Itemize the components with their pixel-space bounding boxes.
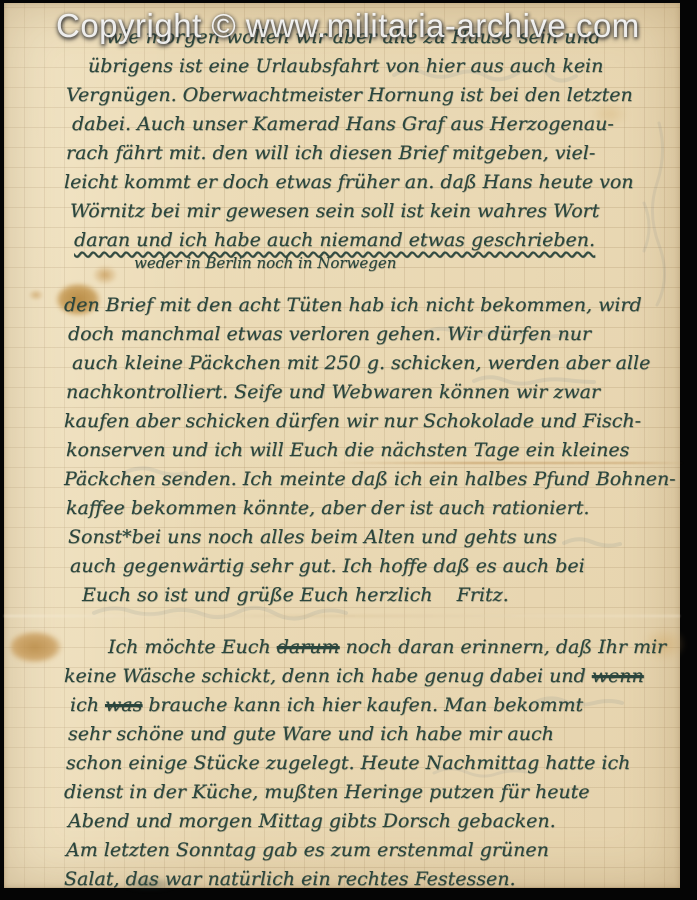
handwriting-line: Sonst*bei uns noch alles beim Alten und … — [64, 523, 664, 552]
handwriting-line: Ich möchte Euch darum noch daran erinner… — [64, 633, 664, 662]
handwriting-line: kaffee bekommen könnte, aber der ist auc… — [64, 494, 664, 523]
handwriting-line: keine Wäsche schickt, denn ich habe genu… — [64, 662, 664, 691]
paper-stain — [10, 625, 72, 669]
letter-paragraph-1: wie morgen wollen wir aber alle zu Hause… — [64, 23, 664, 274]
scanned-letter-page: Copyright © www.militaria-archive.com wi… — [0, 0, 697, 900]
handwriting-line: auch gegenwärtig sehr gut. Ich hoffe daß… — [64, 552, 664, 581]
letter-paper: Copyright © www.militaria-archive.com wi… — [4, 3, 680, 888]
handwriting-line: Euch so ist und grüße Euch herzlich Frit… — [64, 581, 664, 610]
handwriting-line: konserven und ich will Euch die nächsten… — [64, 436, 664, 465]
handwriting-line: Wörnitz bei mir gewesen sein soll ist ke… — [64, 197, 664, 226]
handwriting-line: leicht kommt er doch etwas früher an. da… — [64, 168, 664, 197]
handwriting-line: kaufen aber schicken dürfen wir nur Scho… — [64, 407, 664, 436]
handwriting-line: Päckchen senden. Ich meinte daß ich ein … — [64, 465, 664, 494]
handwriting-line: Salat, das war natürlich ein rechtes Fes… — [64, 865, 664, 894]
handwriting-line: Vergnügen. Oberwachtmeister Hornung ist … — [64, 81, 664, 110]
handwriting-line: schon einige Stücke zugelegt. Heute Nach… — [64, 749, 664, 778]
letter-paragraph-2: den Brief mit den acht Tüten hab ich nic… — [64, 291, 664, 610]
handwriting-line: rach fährt mit. den will ich diesen Brie… — [64, 139, 664, 168]
paper-crease — [4, 615, 680, 617]
handwriting-line: Am letzten Sonntag gab es zum erstenmal … — [64, 836, 664, 865]
handwriting-line: sehr schöne und gute Ware und ich habe m… — [64, 720, 664, 749]
handwriting-line: nachkontrolliert. Seife und Webwaren kön… — [64, 378, 664, 407]
handwriting-line: dabei. Auch unser Kamerad Hans Graf aus … — [64, 110, 664, 139]
handwriting-line: auch kleine Päckchen mit 250 g. schicken… — [64, 349, 664, 378]
handwriting-line: den Brief mit den acht Tüten hab ich nic… — [64, 291, 664, 320]
handwriting-line: dienst in der Küche, mußten Heringe putz… — [64, 778, 664, 807]
handwriting-line: übrigens ist eine Urlaubsfahrt von hier … — [64, 52, 664, 81]
copyright-watermark: Copyright © www.militaria-archive.com — [56, 7, 640, 45]
paper-stain — [28, 289, 44, 301]
handwriting-line: weder in Berlin noch in Norwegen — [64, 252, 664, 274]
letter-paragraph-3: Ich möchte Euch darum noch daran erinner… — [64, 633, 664, 894]
handwriting-line: doch manchmal etwas verloren gehen. Wir … — [64, 320, 664, 349]
handwriting-line: ich was brauche kann ich hier kaufen. Ma… — [64, 691, 664, 720]
handwriting-line: Abend und morgen Mittag gibts Dorsch geb… — [64, 807, 664, 836]
handwriting-line: daran und ich habe auch niemand etwas ge… — [64, 226, 664, 255]
